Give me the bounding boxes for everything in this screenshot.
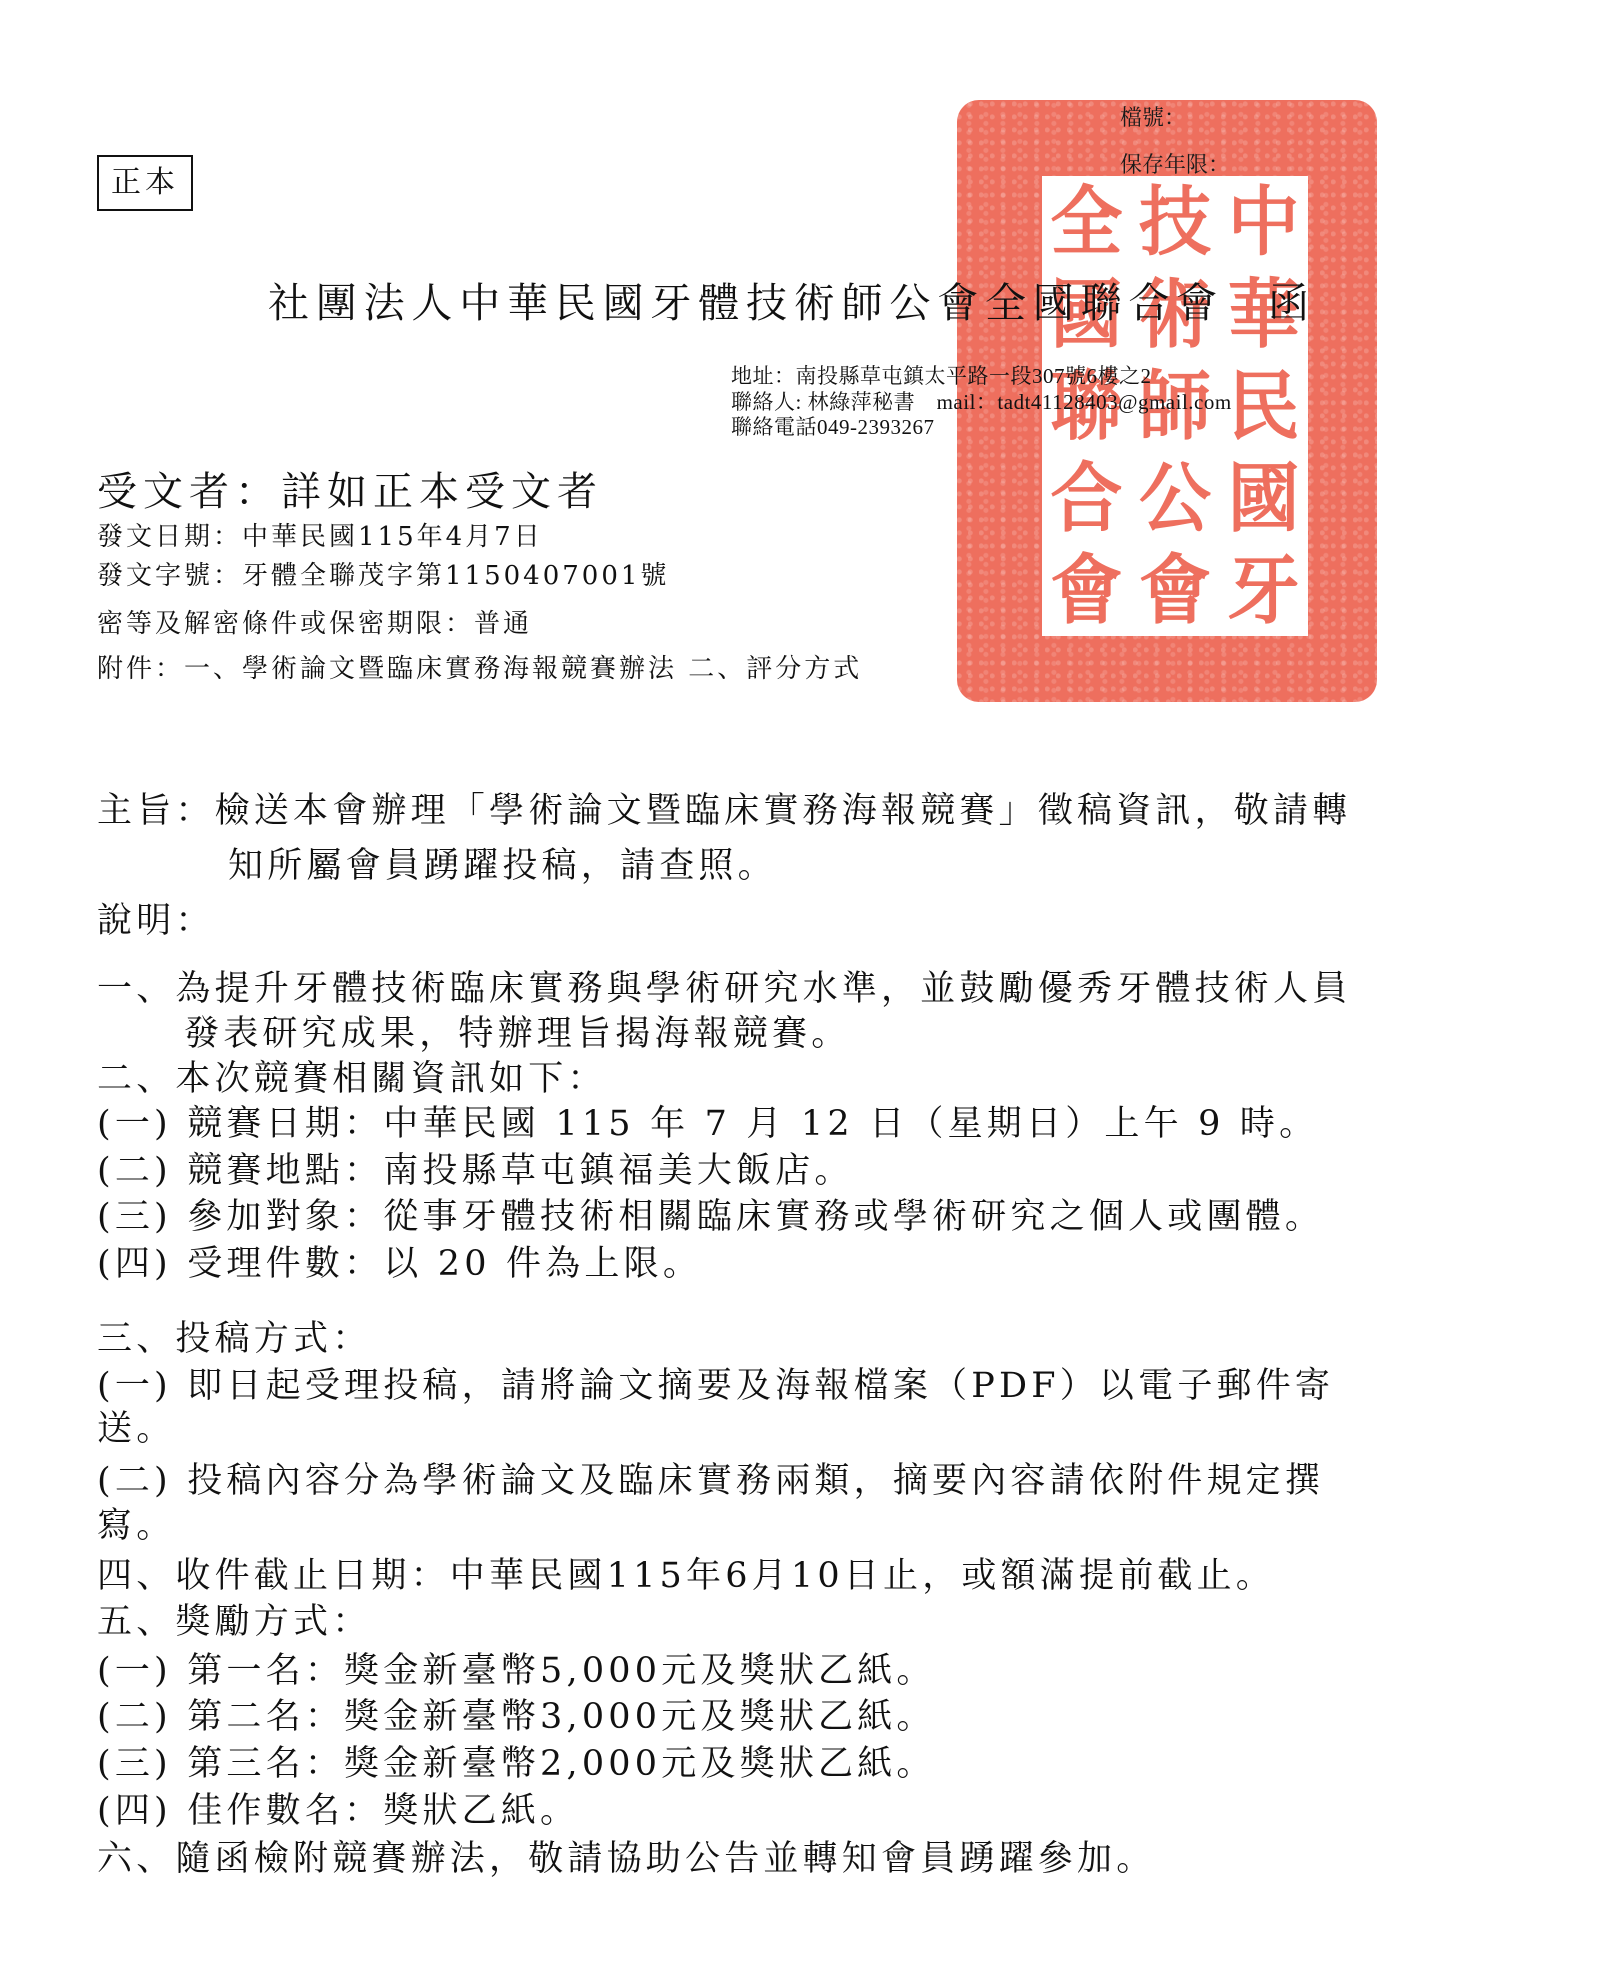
seal-char: 技 [1131,174,1220,271]
section-3-item-2-line-2: 寫。 [97,1509,175,1544]
attachments: 附件：一、學術論文暨臨床實務海報競賽辦法 二、評分方式 [97,656,862,682]
section-6-closing: 六、隨函檢附競賽辦法，敬請協助公告並轉知會員踴躍參加。 [97,1842,1155,1877]
section-2-item-venue: (二) 競賽地點：南投縣草屯鎮福美大飯店。 [97,1154,854,1189]
seal-char: 民 [1219,358,1308,455]
section-3-item-1-line-1: (一) 即日起受理投稿，請將論文摘要及海報檔案（PDF）以電子郵件寄 [97,1369,1334,1404]
section-2-item-quota: (四) 受理件數：以 20 件為上限。 [97,1247,702,1282]
seal-char: 牙 [1219,542,1308,639]
contact-phone: 聯絡電話049-2393267 [731,417,935,438]
seal-char: 合 [1042,450,1131,547]
seal-char: 會 [1131,542,1220,639]
copy-type-box: 正本 [97,155,193,211]
address: 地址：南投縣草屯鎮太平路一段307號6樓之2 [731,366,1152,387]
file-number-label: 檔號： [1120,108,1186,130]
seal-char: 國 [1219,450,1308,547]
section-1-line-1: 一、為提升牙體技術臨床實務與學術研究水準，並鼓勵優秀牙體技術人員 [97,972,1351,1007]
copy-type-label: 正本 [111,168,179,198]
section-3-item-1-line-2: 送。 [97,1412,175,1447]
section-3-title: 三、投稿方式： [97,1322,371,1357]
prize-second: (二) 第二名：獎金新臺幣3,000元及獎狀乙紙。 [97,1700,936,1735]
section-4-deadline: 四、收件截止日期：中華民國115年6月10日止，或額滿提前截止。 [97,1559,1275,1594]
section-2-title: 二、本次競賽相關資訊如下： [97,1062,607,1097]
prize-honorable-mention: (四) 佳作數名：獎狀乙紙。 [97,1794,579,1829]
subject-line-2: 知所屬會員踴躍投稿，請查照。 [228,849,777,884]
seal-char: 會 [1042,542,1131,639]
seal-char: 公 [1131,450,1220,547]
recipient: 受文者：詳如正本受文者 [97,472,603,512]
section-2-item-date: (一) 競賽日期：中華民國 115 年 7 月 12 日（星期日）上午 9 時。 [97,1107,1318,1142]
section-3-item-2-line-1: (二) 投稿內容分為學術論文及臨床實務兩類，摘要內容請依附件規定撰 [97,1464,1324,1499]
explanation-label: 說明： [97,904,215,939]
section-5-title: 五、獎勵方式： [97,1605,371,1640]
issue-date: 發文日期：中華民國115年4月7日 [97,524,543,550]
section-2-item-eligibility: (三) 參加對象：從事牙體技術相關臨床實務或學術研究之個人或團體。 [97,1200,1324,1235]
document-type: 函 [1268,283,1309,324]
subject-line-1: 主旨：檢送本會辦理「學術論文暨臨床實務海報競賽」徵稿資訊，敬請轉 [97,794,1351,829]
prize-first: (一) 第一名：獎金新臺幣5,000元及獎狀乙紙。 [97,1654,936,1689]
seal-char: 中 [1219,174,1308,271]
confidentiality-level: 密等及解密條件或保密期限：普通 [97,611,532,637]
retention-period-label: 保存年限： [1120,155,1230,177]
section-1-line-2: 發表研究成果，特辦理旨揭海報競賽。 [184,1017,850,1052]
organization-title: 社團法人中華民國牙體技術師公會全國聯合會 [268,283,1224,324]
prize-third: (三) 第三名：獎金新臺幣2,000元及獎狀乙紙。 [97,1747,936,1782]
contact-person: 聯絡人: 林綠萍秘書 mail：tadt41128403@gmail.com [731,392,1232,413]
seal-char: 全 [1042,174,1131,271]
document-number: 發文字號：牙體全聯茂字第1150407001號 [97,563,669,589]
